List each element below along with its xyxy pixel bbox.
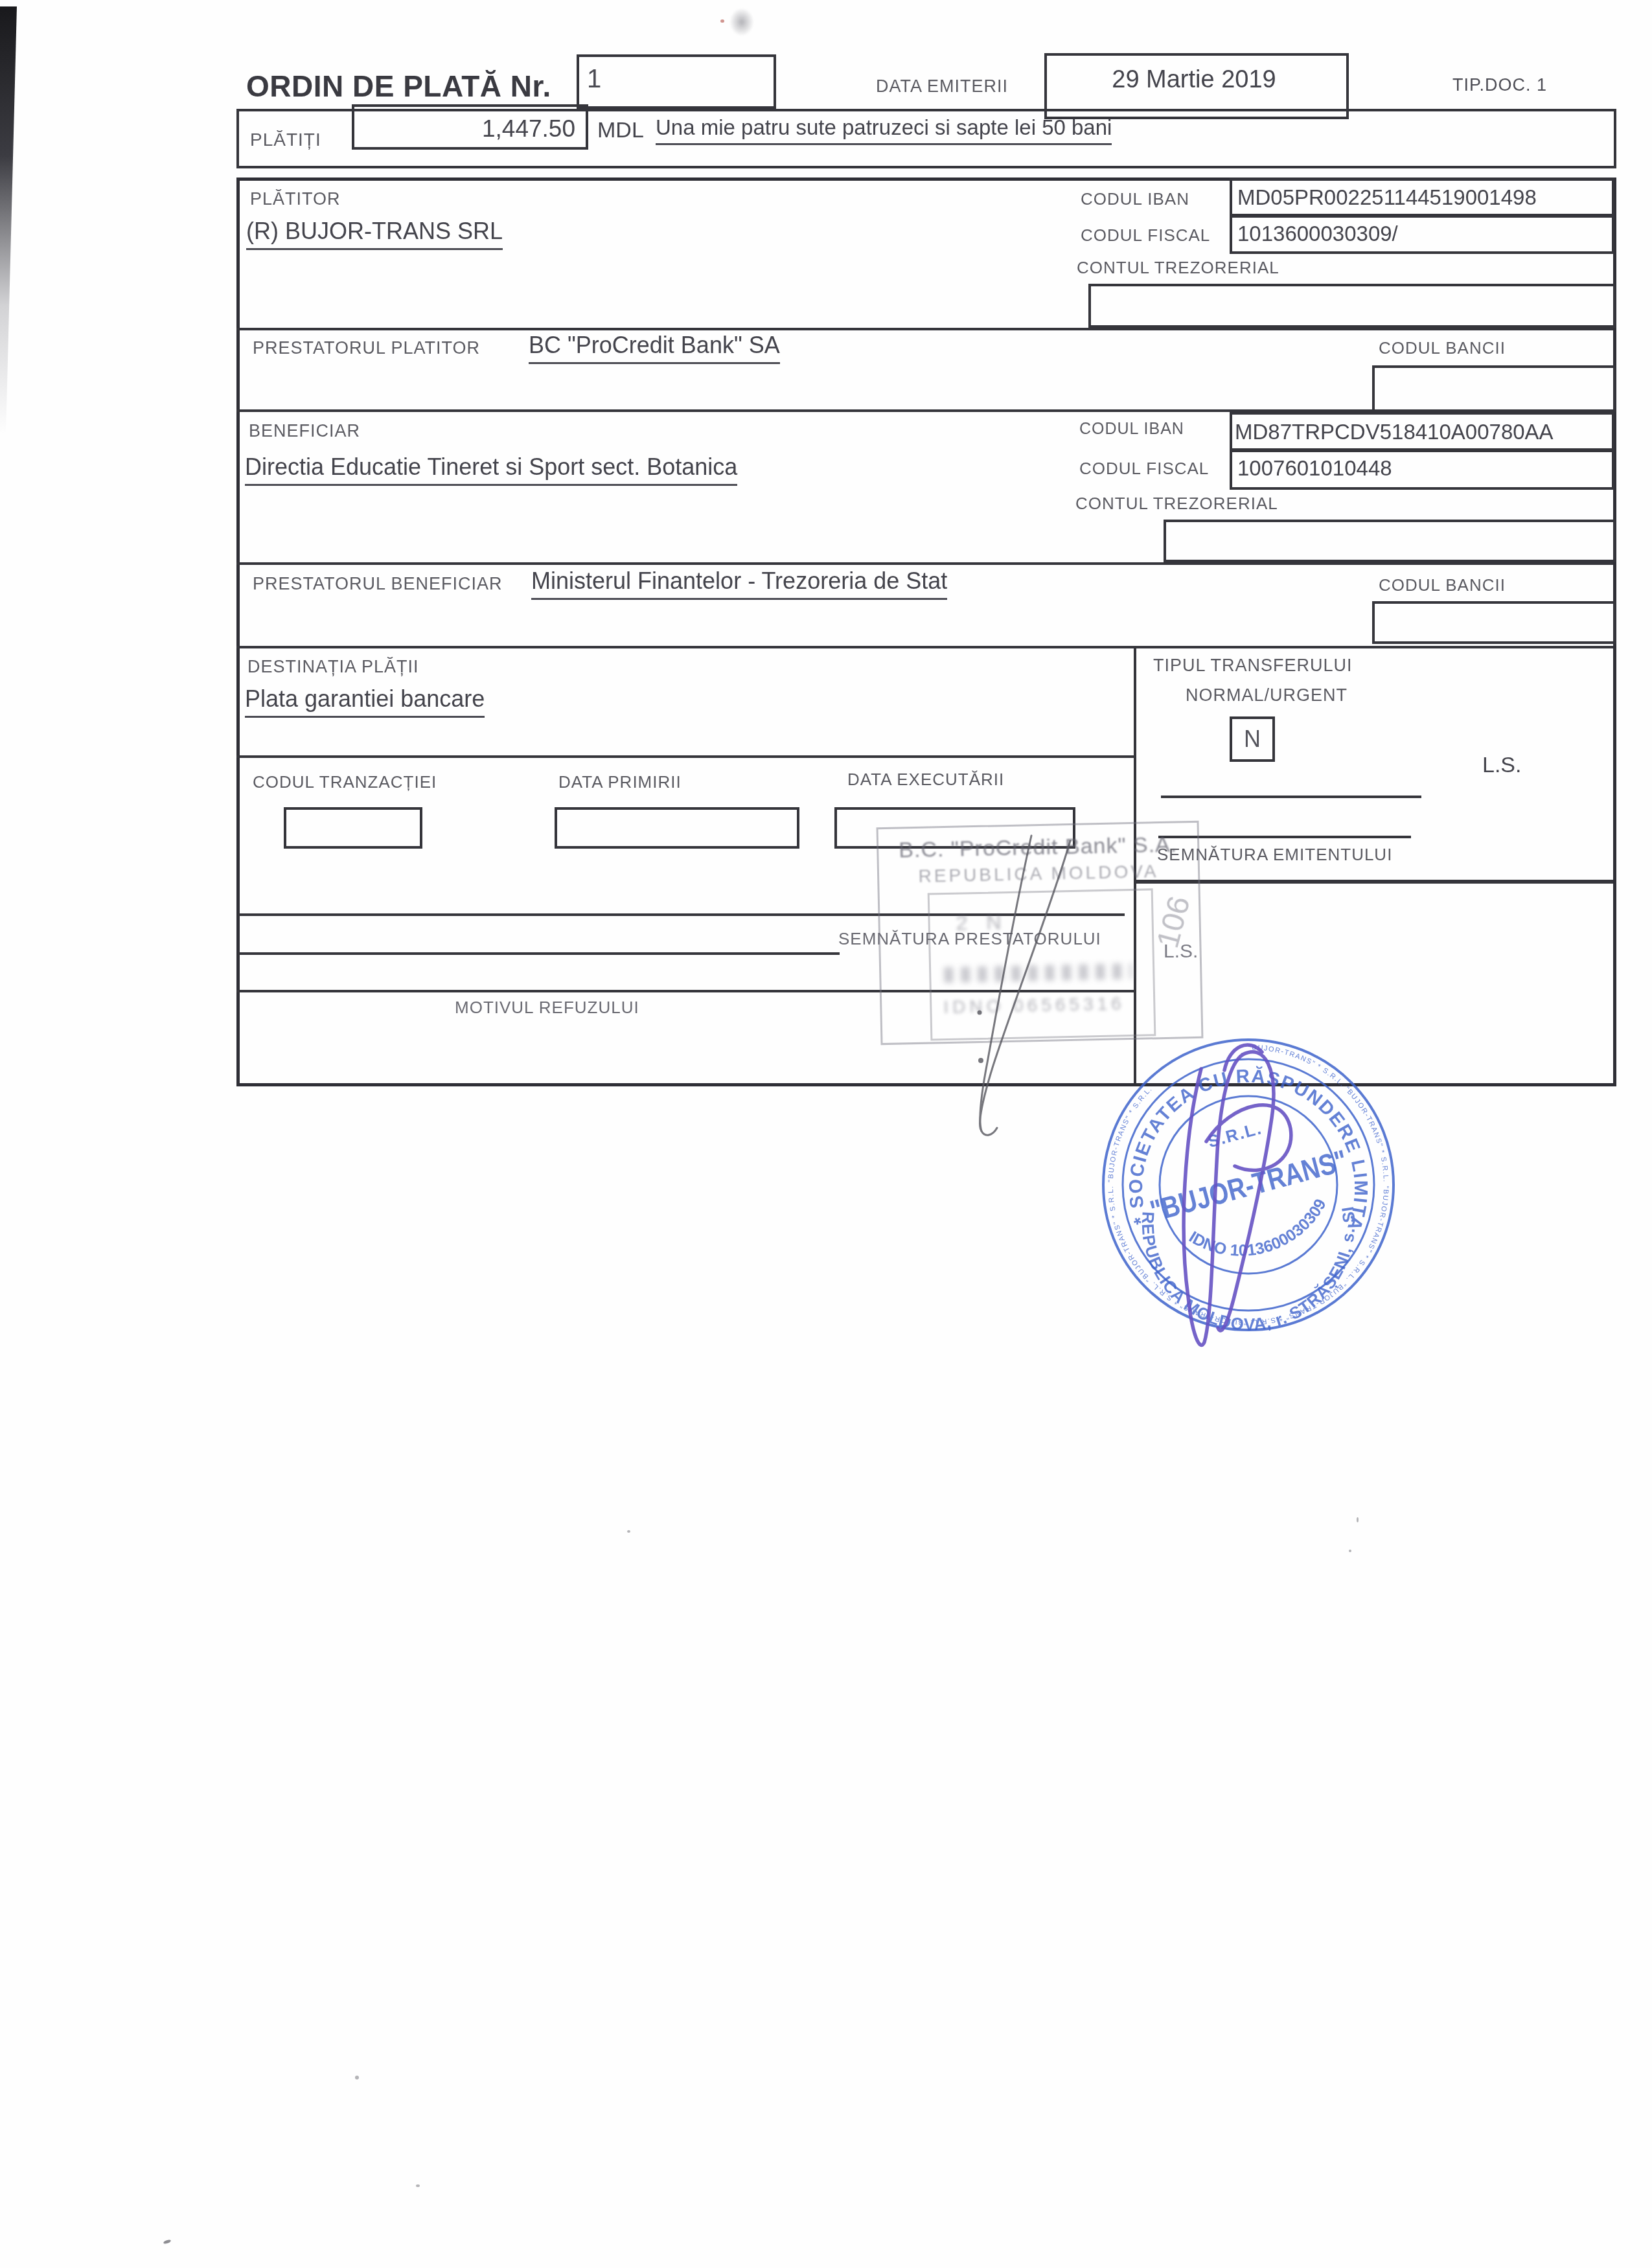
bank-stamp-idno-smudge: IDNO 06565316 [943,993,1125,1018]
page-title: ORDIN DE PLATĂ Nr. [246,69,551,104]
scan-speck [416,2184,420,2187]
section-line-4 [236,646,1613,648]
payer-fiscal-label: CODUL FISCAL [1081,225,1210,246]
payer-bank-code-box [1372,365,1616,412]
beneficiary-fiscal-value: 1007601010448 [1237,456,1392,481]
beneficiary-bank-code-label: CODUL BANCII [1379,575,1506,595]
currency-code: MDL [597,118,644,143]
bank-stamp-smudge-bar [944,963,1132,983]
transfer-type-checkbox: N [1230,716,1275,762]
transaction-code-label: CODUL TRANZACȚIEI [253,772,437,792]
amount-label: PLĂTIȚI [250,130,321,150]
bank-stamp: B.C. "ProCredit Bank" S.A. REPUBLICA MOL… [877,821,1204,1045]
beneficiary-bank-label: PRESTATORUL BENEFICIAR [253,574,503,594]
payer-treasury-label: CONTUL TREZORERIAL [1077,258,1279,278]
beneficiary-name: Directia Educatie Tineret si Sport sect.… [245,453,737,486]
scan-speck [627,1530,630,1533]
section-line-1 [236,328,1613,330]
bank-stamp-line1: B.C. "ProCredit Bank" S.A. [878,832,1198,864]
bank-stamp-date-smudge: 2 N [956,910,1008,935]
transfer-type-value: N [1244,726,1261,753]
bank-stamp-line2: REPUBLICA MOLDOVA [879,860,1199,888]
payer-bank-name: BC "ProCredit Bank" SA [529,332,780,364]
amount-value: 1,447.50 [352,115,575,143]
payer-treasury-box [1088,284,1616,328]
emitter-signature-line-1 [1161,796,1421,798]
beneficiary-iban-label: CODUL IBAN [1079,420,1184,439]
order-number-value: 1 [587,65,601,94]
stamp-srl-text: S.R.L. [1206,1118,1265,1151]
transaction-code-box [284,807,422,849]
receipt-date-label: DATA PRIMIRII [558,772,682,792]
beneficiary-treasury-box [1164,520,1616,562]
payer-name: (R) BUJOR-TRANS SRL [246,218,503,250]
beneficiary-bank-code-box [1372,601,1616,644]
scan-speck [1357,1517,1359,1522]
payer-iban-label: CODUL IBAN [1081,189,1189,209]
scan-dot-red [720,19,724,23]
ls-emitter: L.S. [1482,753,1521,778]
destination-bottom-line [236,755,1135,758]
order-number-box [577,54,776,109]
bank-stamp-inner-box: 2 N IDNO 06565316 [928,888,1156,1040]
scan-speck [163,2239,172,2245]
transfer-type-label: TIPUL TRANSFERULUI [1153,656,1353,676]
scan-smudge-top [729,8,754,36]
execution-date-label: DATA EXECUTĂRII [847,770,1004,790]
payment-order-document: ORDIN DE PLATĂ Nr. 1 DATA EMITERII 29 Ma… [0,0,1652,2268]
beneficiary-fiscal-label: CODUL FISCAL [1079,459,1209,479]
receipt-date-box [555,807,799,849]
beneficiary-label: BENEFICIAR [249,421,360,441]
transfer-options-label: NORMAL/URGENT [1186,685,1348,705]
scan-speck [355,2076,359,2079]
destination-label: DESTINAȚIA PLĂȚII [247,657,419,677]
doc-type-label: TIP.DOC. 1 [1452,75,1547,95]
issue-date-label: DATA EMITERII [876,76,1008,97]
beneficiary-treasury-label: CONTUL TREZORERIAL [1075,494,1278,514]
company-stamp: "BUJOR-TRANS" * S.R.L. "BUJOR-TRANS" * S… [1097,1034,1399,1336]
payer-label: PLĂTITOR [250,189,341,209]
refusal-label: MOTIVUL REFUZULUI [455,998,639,1018]
issue-date-value: 29 Martie 2019 [1044,66,1344,94]
payer-fiscal-value: 1013600030309/ [1237,222,1398,246]
right-column-thick-line [1135,880,1613,884]
destination-value: Plata garantiei bancare [245,685,485,718]
amount-in-words: Una mie patru sute patruzeci si sapte le… [656,115,1112,145]
beneficiary-bank-name: Ministerul Finantelor - Trezoreria de St… [531,567,947,600]
section-line-3 [236,562,1613,565]
scan-edge-artifact [0,6,17,434]
payer-iban-value: MD05PR002251144519001498 [1237,185,1537,210]
scan-speck [1349,1550,1351,1552]
beneficiary-iban-value: MD87TRPCDV518410A00780AA [1235,420,1554,444]
provider-signature-line-2 [238,952,840,955]
payer-bank-label: PRESTATORUL PLATITOR [253,338,480,358]
payer-bank-code-label: CODUL BANCII [1379,338,1506,358]
